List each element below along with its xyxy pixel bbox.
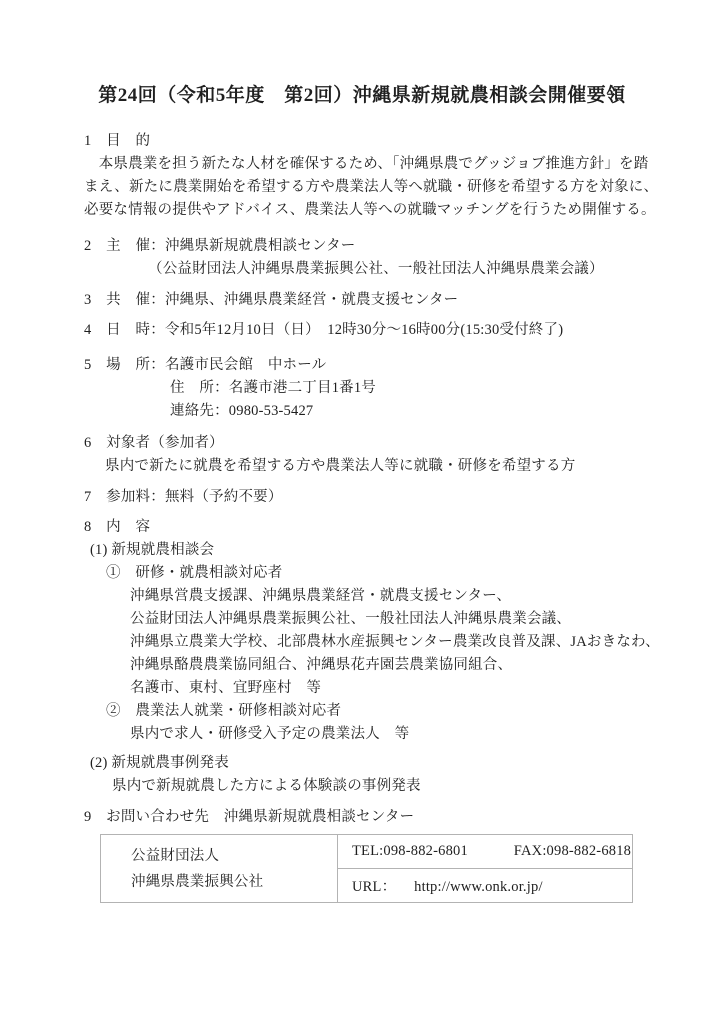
url-cell: URL： http://www.onk.or.jp/ bbox=[338, 869, 633, 903]
section-fee-heading: 7 参加料：無料（予約不要） bbox=[84, 486, 724, 509]
section-contents-heading: 8 内 容 bbox=[84, 516, 724, 539]
section-datetime-heading: 4 日 時：令和5年12月10日（日） 12時30分～16時00分(15:30受… bbox=[84, 319, 724, 342]
document-title: 第24回（令和5年度 第2回）沖縄県新規就農相談会開催要領 bbox=[84, 82, 640, 110]
section-datetime: 4 日 時：令和5年12月10日（日） 12時30分～16時00分(15:30受… bbox=[84, 319, 724, 342]
section-audience-heading: 6 対象者（参加者） bbox=[84, 432, 724, 455]
contents-item2-body: 県内で新規就農した方による体験談の事例発表 bbox=[84, 775, 724, 798]
section-host: 2 主 催：沖縄県新規就農相談センター （公益財団法人沖縄県農業振興公社、一般社… bbox=[84, 235, 724, 281]
contents-item2-heading: (2) 新規就農事例発表 bbox=[84, 752, 724, 775]
url-value: http://www.onk.or.jp/ bbox=[414, 879, 543, 895]
contents-item2-block: (2) 新規就農事例発表 県内で新規就農した方による体験談の事例発表 bbox=[84, 752, 724, 798]
purpose-body-line-3: 必要な情報の提供やアドバイス、農業法人等への就職マッチングを行うため開催する。 bbox=[84, 199, 724, 222]
consult-org-line-1: 沖縄県営農支援課、沖縄県農業経営・就農支援センター、 bbox=[84, 585, 724, 608]
contact-table: 公益財団法人 沖縄県農業振興公社 TEL:098-882-6801 FAX:09… bbox=[100, 834, 633, 903]
host-organizations: （公益財団法人沖縄県農業振興公社、一般社団法人沖縄県農業会議） bbox=[84, 258, 724, 281]
section-purpose: 1 目 的 本県農業を担う新たな人材を確保するため、「沖縄県農でグッジョブ推進方… bbox=[84, 130, 724, 222]
org-name-cell: 公益財団法人 沖縄県農業振興公社 bbox=[101, 835, 338, 903]
org-name-line-2: 沖縄県農業振興公社 bbox=[131, 869, 329, 895]
consult-org-line-2: 公益財団法人沖縄県農業振興公社、一般社団法人沖縄県農業会議、 bbox=[84, 608, 724, 631]
venue-contact-number: 連絡先：0980-53-5427 bbox=[84, 400, 724, 423]
contact-table-row-1: 公益財団法人 沖縄県農業振興公社 TEL:098-882-6801 FAX:09… bbox=[101, 835, 633, 869]
section-inquiry-heading: 9 お問い合わせ先 沖縄県新規就農相談センター bbox=[84, 806, 724, 829]
tel-fax-cell: TEL:098-882-6801 FAX:098-882-6818 bbox=[338, 835, 633, 869]
consult-org-line-4: 沖縄県酪農農業協同組合、沖縄県花卉園芸農業協同組合、 bbox=[84, 654, 724, 677]
url-label: URL： bbox=[352, 879, 396, 895]
section-venue-heading: 5 場 所：名護市民会館 中ホール bbox=[84, 354, 724, 377]
section-host-heading: 2 主 催：沖縄県新規就農相談センター bbox=[84, 235, 724, 258]
contents-item1-sub1-heading: ① 研修・就農相談対応者 bbox=[84, 562, 724, 585]
purpose-body-line-2: まえ、新たに農業開始を希望する方や農業法人等へ就職・研修を希望する方を対象に、 bbox=[84, 176, 724, 199]
section-cohost: 3 共 催：沖縄県、沖縄県農業経営・就農支援センター bbox=[84, 289, 724, 312]
section-purpose-heading: 1 目 的 bbox=[84, 130, 724, 153]
fax-number: FAX:098-882-6818 bbox=[514, 843, 631, 859]
contents-item1-sub2-line: 県内で求人・研修受入予定の農業法人 等 bbox=[84, 723, 724, 746]
section-fee: 7 参加料：無料（予約不要） bbox=[84, 486, 724, 509]
section-inquiry: 9 お問い合わせ先 沖縄県新規就農相談センター bbox=[84, 806, 724, 829]
contents-item1-heading: (1) 新規就農相談会 bbox=[84, 539, 724, 562]
section-cohost-heading: 3 共 催：沖縄県、沖縄県農業経営・就農支援センター bbox=[84, 289, 724, 312]
consult-org-line-3: 沖縄県立農業大学校、北部農林水産振興センター農業改良普及課、JAおきなわ、 bbox=[84, 631, 724, 654]
audience-description: 県内で新たに就農を希望する方や農業法人等に就職・研修を希望する方 bbox=[84, 455, 724, 478]
tel-number: TEL:098-882-6801 bbox=[352, 843, 468, 859]
consult-org-line-5: 名護市、東村、宜野座村 等 bbox=[84, 677, 724, 700]
section-venue: 5 場 所：名護市民会館 中ホール 住 所：名護市港二丁目1番1号 連絡先：09… bbox=[84, 354, 724, 423]
venue-address: 住 所：名護市港二丁目1番1号 bbox=[84, 377, 724, 400]
section-audience: 6 対象者（参加者） 県内で新たに就農を希望する方や農業法人等に就職・研修を希望… bbox=[84, 432, 724, 478]
purpose-body-line-1: 本県農業を担う新たな人材を確保するため、「沖縄県農でグッジョブ推進方針」を踏 bbox=[84, 153, 724, 176]
section-contents: 8 内 容 (1) 新規就農相談会 ① 研修・就農相談対応者 沖縄県営農支援課、… bbox=[84, 516, 724, 798]
org-name-line-1: 公益財団法人 bbox=[131, 843, 329, 869]
contents-item1-sub2-heading: ② 農業法人就業・研修相談対応者 bbox=[84, 700, 724, 723]
document-page: 第24回（令和5年度 第2回）沖縄県新規就農相談会開催要領 1 目 的 本県農業… bbox=[0, 0, 724, 1024]
